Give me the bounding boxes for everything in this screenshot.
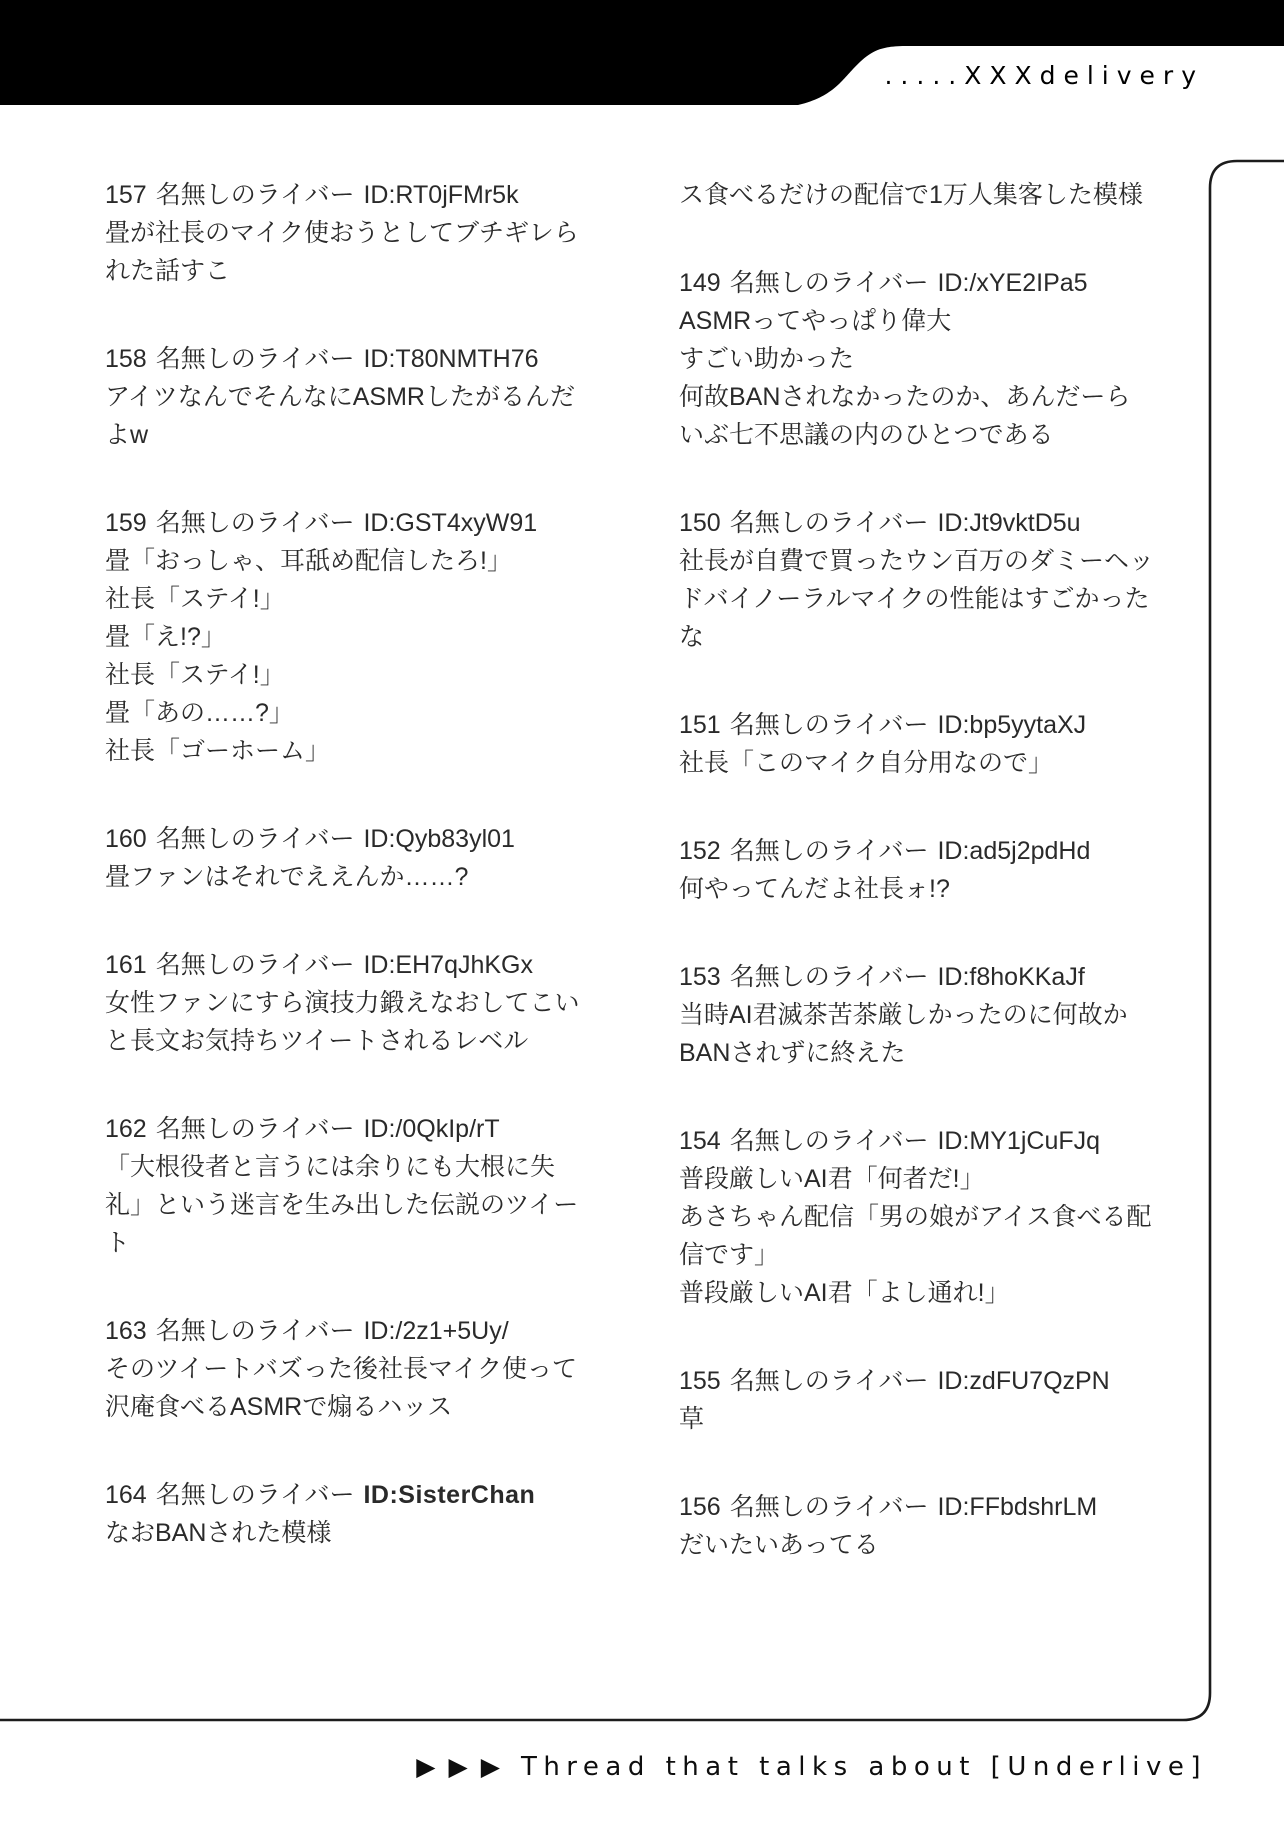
post-header: 158名無しのライバーID:T80NMTH76 (105, 340, 545, 378)
thread-post-160: 160名無しのライバーID:Qyb83yl01畳ファンはそれでええんか……? (105, 820, 545, 896)
post-number: 149 (679, 269, 721, 297)
post-line: 何故BANされなかったのか、あんだーら (679, 378, 1159, 416)
post-number: 163 (105, 1317, 147, 1345)
poster-name: 名無しのライバー (730, 269, 929, 297)
thread-post-153: 153名無しのライバーID:f8hoKKaJf当時AI君滅茶苦茶厳しかったのに何… (679, 958, 1159, 1072)
post-line: 女性ファンにすら演技力鍛えなおしてこい (105, 984, 545, 1022)
thread-column-left: 157名無しのライバーID:RT0jFMr5k畳が社長のマイク使おうとしてブチギ… (105, 176, 545, 1564)
poster-name: 名無しのライバー (156, 345, 355, 373)
page-footer: ▶ ▶ ▶ Thread that talks about [Underlive… (416, 1750, 1207, 1784)
post-number: 162 (105, 1115, 147, 1143)
post-line: 社長「ゴーホーム」 (105, 732, 545, 770)
poster-name: 名無しのライバー (730, 509, 929, 537)
post-line: 草 (679, 1400, 1159, 1438)
post-line: だいたいあってる (679, 1526, 1159, 1564)
post-line: ドバイノーラルマイクの性能はすごかった (679, 580, 1159, 618)
post-line: 当時AI君滅茶苦茶厳しかったのに何故か (679, 996, 1159, 1034)
thread-post-161: 161名無しのライバーID:EH7qJhKGx女性ファンにすら演技力鍛えなおして… (105, 946, 545, 1060)
post-id: ID:SisterChan (363, 1481, 535, 1509)
thread-post-159: 159名無しのライバーID:GST4xyW91畳「おっしゃ、耳舐め配信したろ!」… (105, 504, 545, 770)
post-header: 154名無しのライバーID:MY1jCuFJq (679, 1122, 1159, 1160)
post-number: 160 (105, 825, 147, 853)
post-line: ス食べるだけの配信で1万人集客した模様 (679, 176, 1159, 214)
post-line: 社長が自費で買ったウン百万のダミーヘッ (679, 542, 1159, 580)
post-id: ID:/0QkIp/rT (363, 1115, 499, 1143)
post-line: 礼」という迷言を生み出した伝説のツイー (105, 1186, 545, 1224)
post-header: 150名無しのライバーID:Jt9vktD5u (679, 504, 1159, 542)
post-id: ID:T80NMTH76 (363, 345, 538, 373)
post-line: あさちゃん配信「男の娘がアイス食べる配 (679, 1198, 1159, 1236)
poster-name: 名無しのライバー (730, 1493, 929, 1521)
poster-name: 名無しのライバー (730, 1367, 929, 1395)
post-number: 155 (679, 1367, 721, 1395)
play-arrow-icon: ▶ (448, 1750, 467, 1784)
poster-name: 名無しのライバー (156, 825, 355, 853)
post-id: ID:/xYE2IPa5 (937, 269, 1087, 297)
thread-post-continuation: ス食べるだけの配信で1万人集客した模様 (679, 176, 1159, 214)
post-id: ID:RT0jFMr5k (363, 181, 518, 209)
post-header: 153名無しのライバーID:f8hoKKaJf (679, 958, 1159, 996)
poster-name: 名無しのライバー (156, 951, 355, 979)
post-header: 157名無しのライバーID:RT0jFMr5k (105, 176, 545, 214)
post-line: 社長「ステイ!」 (105, 656, 545, 694)
thread-post-150: 150名無しのライバーID:Jt9vktD5u社長が自費で買ったウン百万のダミー… (679, 504, 1159, 656)
post-line: 何やってんだよ社長ォ!? (679, 870, 1159, 908)
post-line: BANされずに終えた (679, 1034, 1159, 1072)
post-line: な (679, 618, 1159, 656)
post-id: ID:Jt9vktD5u (937, 509, 1080, 537)
post-id: ID:Qyb83yl01 (363, 825, 514, 853)
play-arrow-icon: ▶ (416, 1750, 435, 1784)
poster-name: 名無しのライバー (156, 509, 355, 537)
post-header: 162名無しのライバーID:/0QkIp/rT (105, 1110, 545, 1148)
post-line: ASMRってやっぱり偉大 (679, 302, 1159, 340)
post-header: 152名無しのライバーID:ad5j2pdHd (679, 832, 1159, 870)
post-number: 151 (679, 711, 721, 739)
thread-post-156: 156名無しのライバーID:FFbdshrLMだいたいあってる (679, 1488, 1159, 1564)
post-number: 154 (679, 1127, 721, 1155)
post-id: ID:GST4xyW91 (363, 509, 537, 537)
thread-post-154: 154名無しのライバーID:MY1jCuFJq普段厳しいAI君「何者だ!」あさち… (679, 1122, 1159, 1312)
post-number: 153 (679, 963, 721, 991)
post-line: アイツなんでそんなにASMRしたがるんだ (105, 378, 545, 416)
post-line: 信です」 (679, 1236, 1159, 1274)
poster-name: 名無しのライバー (730, 837, 929, 865)
poster-name: 名無しのライバー (730, 711, 929, 739)
thread-columns: 157名無しのライバーID:RT0jFMr5k畳が社長のマイク使おうとしてブチギ… (105, 176, 1159, 1564)
thread-column-right: ス食べるだけの配信で1万人集客した模様149名無しのライバーID:/xYE2IP… (679, 176, 1159, 1564)
post-line: 「大根役者と言うには余りにも大根に失 (105, 1148, 545, 1186)
post-line: 普段厳しいAI君「何者だ!」 (679, 1160, 1159, 1198)
post-line: と長文お気持ちツイートされるレベル (105, 1022, 545, 1060)
header-brand-text: .....XXXdelivery (884, 61, 1204, 90)
post-header: 149名無しのライバーID:/xYE2IPa5 (679, 264, 1159, 302)
post-id: ID:/2z1+5Uy/ (363, 1317, 508, 1345)
post-header: 151名無しのライバーID:bp5yytaXJ (679, 706, 1159, 744)
post-line: すごい助かった (679, 340, 1159, 378)
thread-post-152: 152名無しのライバーID:ad5j2pdHd何やってんだよ社長ォ!? (679, 832, 1159, 908)
post-line: 畳「あの……?」 (105, 694, 545, 732)
poster-name: 名無しのライバー (156, 1317, 355, 1345)
post-id: ID:f8hoKKaJf (937, 963, 1084, 991)
post-line: よw (105, 416, 545, 454)
footer-title: Thread that talks about [Underlive] (521, 1750, 1207, 1784)
post-line: 畳「え!?」 (105, 618, 545, 656)
post-number: 152 (679, 837, 721, 865)
post-number: 161 (105, 951, 147, 979)
post-header: 155名無しのライバーID:zdFU7QzPN (679, 1362, 1159, 1400)
post-line: 社長「ステイ!」 (105, 580, 545, 618)
post-header: 159名無しのライバーID:GST4xyW91 (105, 504, 545, 542)
post-line: 畳が社長のマイク使おうとしてブチギレら (105, 214, 545, 252)
post-number: 164 (105, 1481, 147, 1509)
poster-name: 名無しのライバー (730, 1127, 929, 1155)
post-id: ID:ad5j2pdHd (937, 837, 1090, 865)
post-line: なおBANされた模様 (105, 1514, 545, 1552)
post-line: 畳ファンはそれでええんか……? (105, 858, 545, 896)
post-header: 164名無しのライバーID:SisterChan (105, 1476, 545, 1514)
poster-name: 名無しのライバー (156, 1115, 355, 1143)
post-line: 畳「おっしゃ、耳舐め配信したろ!」 (105, 542, 545, 580)
thread-post-151: 151名無しのライバーID:bp5yytaXJ社長「このマイク自分用なので」 (679, 706, 1159, 782)
post-header: 161名無しのライバーID:EH7qJhKGx (105, 946, 545, 984)
post-line: 沢庵食べるASMRで煽るハッス (105, 1388, 545, 1426)
post-line: 普段厳しいAI君「よし通れ!」 (679, 1274, 1159, 1312)
post-number: 158 (105, 345, 147, 373)
post-line: そのツイートバズった後社長マイク使って (105, 1350, 545, 1388)
post-id: ID:MY1jCuFJq (937, 1127, 1100, 1155)
post-header: 160名無しのライバーID:Qyb83yl01 (105, 820, 545, 858)
post-id: ID:FFbdshrLM (937, 1493, 1097, 1521)
post-number: 157 (105, 181, 147, 209)
thread-post-164: 164名無しのライバーID:SisterChanなおBANされた模様 (105, 1476, 545, 1552)
thread-post-163: 163名無しのライバーID:/2z1+5Uy/そのツイートバズった後社長マイク使… (105, 1312, 545, 1426)
thread-post-158: 158名無しのライバーID:T80NMTH76アイツなんでそんなにASMRしたが… (105, 340, 545, 454)
post-line: 社長「このマイク自分用なので」 (679, 744, 1159, 782)
post-number: 150 (679, 509, 721, 537)
thread-post-155: 155名無しのライバーID:zdFU7QzPN草 (679, 1362, 1159, 1438)
thread-post-149: 149名無しのライバーID:/xYE2IPa5ASMRってやっぱり偉大すごい助か… (679, 264, 1159, 454)
post-number: 159 (105, 509, 147, 537)
post-line: ト (105, 1224, 545, 1262)
post-header: 156名無しのライバーID:FFbdshrLM (679, 1488, 1159, 1526)
post-id: ID:EH7qJhKGx (363, 951, 533, 979)
poster-name: 名無しのライバー (156, 181, 355, 209)
poster-name: 名無しのライバー (730, 963, 929, 991)
post-id: ID:zdFU7QzPN (937, 1367, 1109, 1395)
post-header: 163名無しのライバーID:/2z1+5Uy/ (105, 1312, 545, 1350)
post-id: ID:bp5yytaXJ (937, 711, 1086, 739)
thread-post-162: 162名無しのライバーID:/0QkIp/rT「大根役者と言うには余りにも大根に… (105, 1110, 545, 1262)
post-line: れた話すこ (105, 252, 545, 290)
post-number: 156 (679, 1493, 721, 1521)
thread-post-157: 157名無しのライバーID:RT0jFMr5k畳が社長のマイク使おうとしてブチギ… (105, 176, 545, 290)
poster-name: 名無しのライバー (156, 1481, 355, 1509)
post-line: いぶ七不思議の内のひとつである (679, 416, 1159, 454)
play-arrow-icon: ▶ (481, 1750, 500, 1784)
